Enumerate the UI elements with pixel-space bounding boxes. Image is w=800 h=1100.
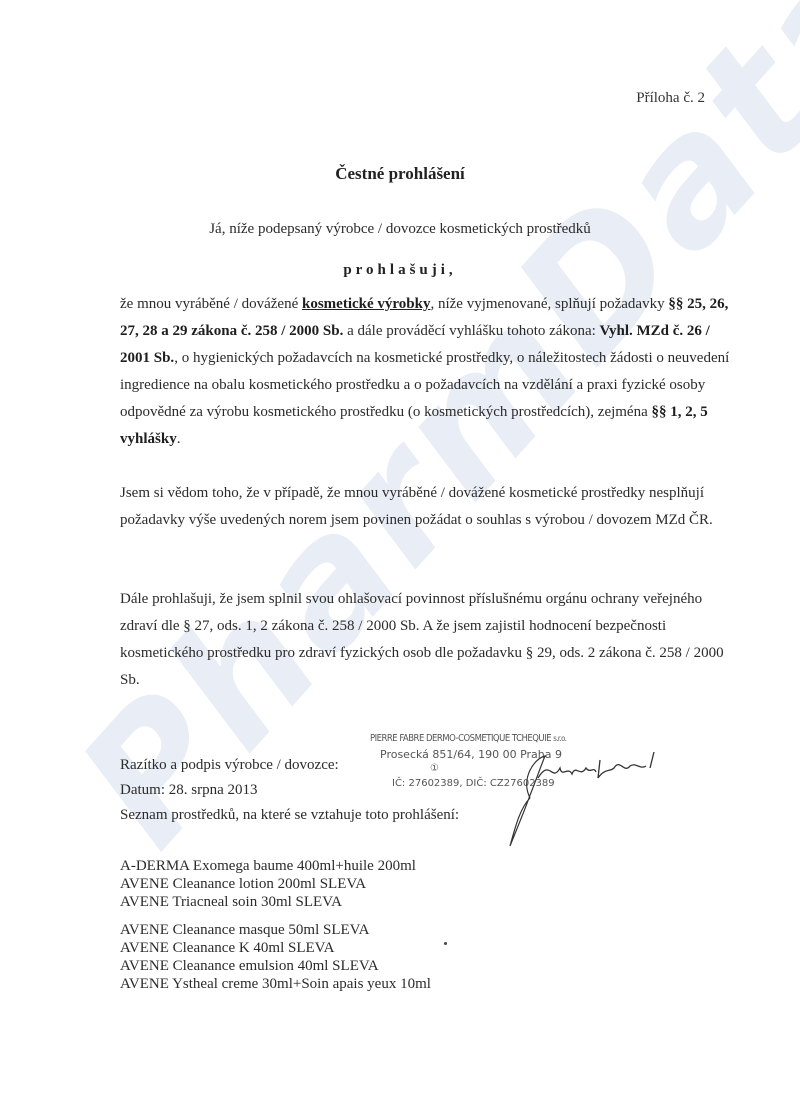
paragraph-awareness: Jsem si vědom toho, že v případě, že mno… [120,480,740,534]
list-item: AVENE Cleanance lotion 200ml SLEVA [120,875,416,893]
list-item: AVENE Cleanance K 40ml SLEVA [120,939,431,957]
document-title: Čestné prohlášení [0,164,800,184]
text: že mnou vyráběné / dovážené [120,296,302,312]
stamp-mark-icon: ① [430,763,439,774]
list-item: AVENE Triacneal soin 30ml SLEVA [120,893,416,911]
intro-line: Já, níže podepsaný výrobce / dovozce kos… [0,221,800,238]
text: . [177,431,181,447]
ink-dot [444,942,447,945]
list-item: AVENE Ystheal creme 30ml+Soin apais yeux… [120,975,431,993]
product-list-group-1: A-DERMA Exomega baume 400ml+huile 200ml … [120,857,416,911]
paragraph-compliance: že mnou vyráběné / dovážené kosmetické v… [120,291,740,453]
product-list-group-2: AVENE Cleanance masque 50ml SLEVA AVENE … [120,921,431,993]
handwritten-signature-icon [490,738,720,848]
text: a dále prováděcí vyhlášku tohoto zákona: [343,323,599,339]
declare-heading: prohlašuji, [0,262,800,279]
emphasis-products: kosmetické výrobky [302,296,430,312]
list-item: AVENE Cleanance masque 50ml SLEVA [120,921,431,939]
list-item: A-DERMA Exomega baume 400ml+huile 200ml [120,857,416,875]
list-item: AVENE Cleanance emulsion 40ml SLEVA [120,957,431,975]
annex-label: Příloha č. 2 [636,90,705,107]
text: , o hygienických požadavcích na kosmetic… [120,350,729,420]
text: , níže vyjmenované, splňují požadavky [430,296,668,312]
paragraph-notification: Dále prohlašuji, že jsem splnil svou ohl… [120,586,740,694]
document-page: Příloha č. 2 Čestné prohlášení Já, níže … [0,0,800,1100]
